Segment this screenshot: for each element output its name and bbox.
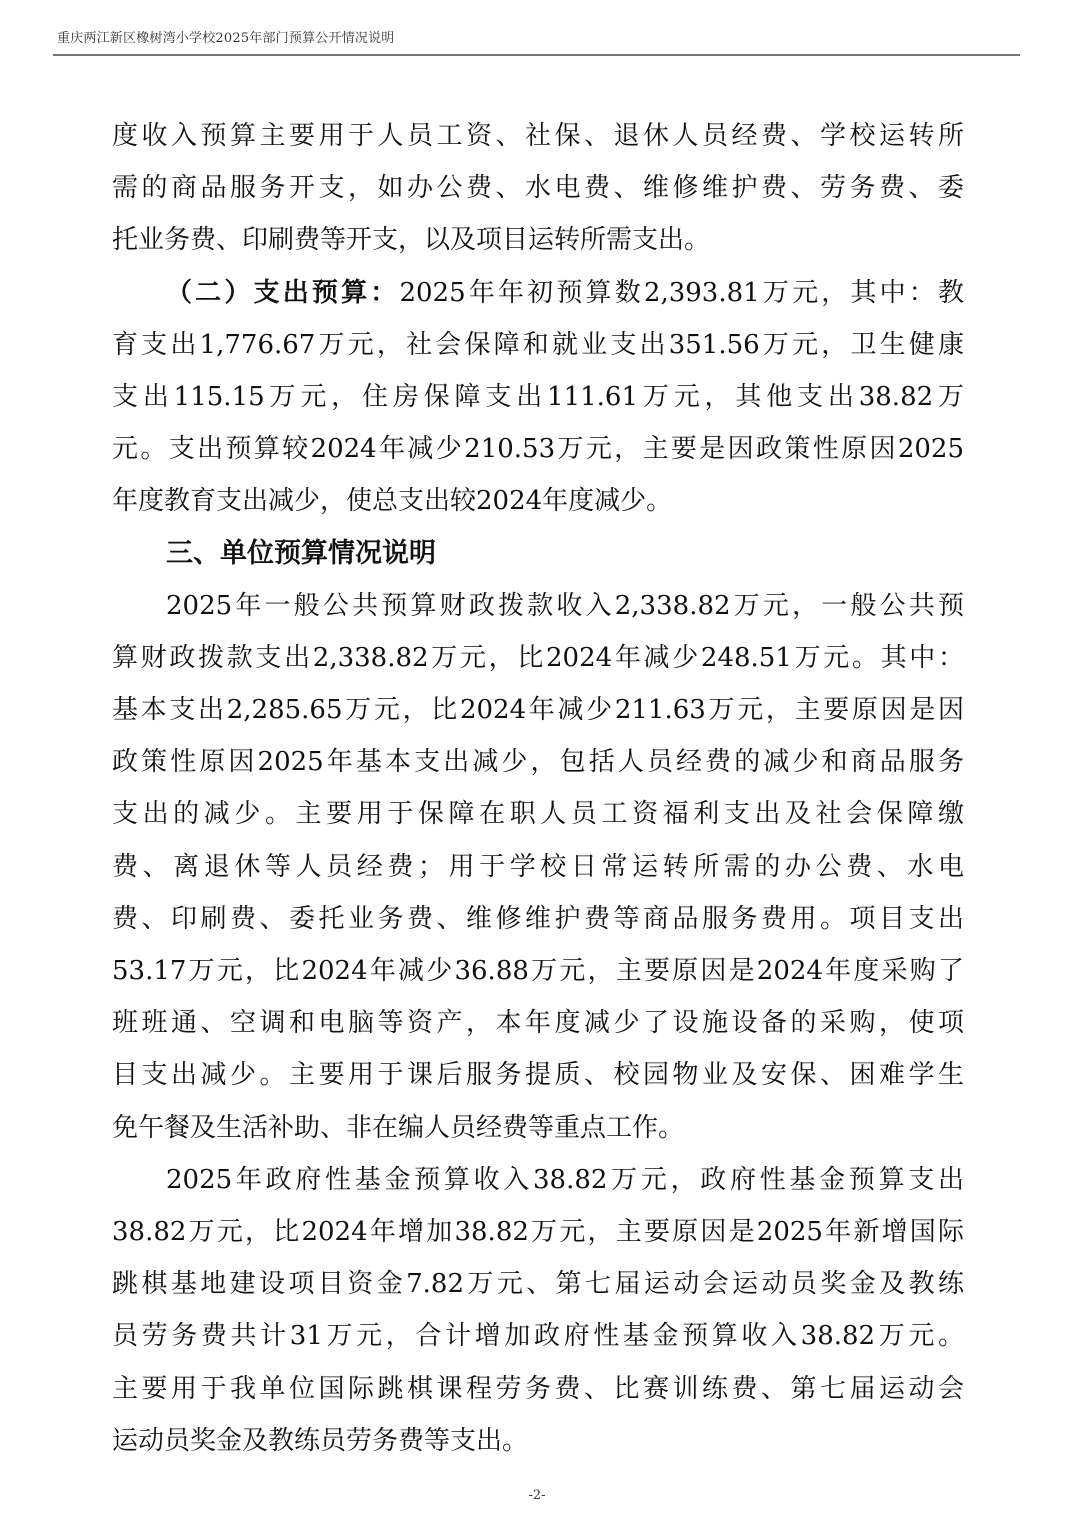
text-span: 2025年年初预算数2,393.81万元，其中：教 bbox=[399, 278, 964, 308]
text-line: 度收入预算主要用于人员工资、社保、退休人员经费、学校运转所 bbox=[112, 110, 964, 162]
text-line: 38.82万元，比2024年增加38.82万元，主要原因是2025年新增国际 bbox=[112, 1206, 964, 1258]
text-line: 年度教育支出减少，使总支出较2024年度减少。 bbox=[112, 475, 964, 527]
text-line: 员劳务费共计31万元，合计增加政府性基金预算收入38.82万元。 bbox=[112, 1310, 964, 1362]
text-line: 免午餐及生活补助、非在编人员经费等重点工作。 bbox=[112, 1102, 964, 1154]
text-line: 目支出减少。主要用于课后服务提质、校园物业及安保、困难学生 bbox=[112, 1049, 964, 1101]
text-line: 费、离退休等人员经费；用于学校日常运转所需的办公费、水电 bbox=[112, 841, 964, 893]
text-line: 2025年一般公共预算财政拨款收入2,338.82万元，一般公共预 bbox=[112, 580, 964, 632]
text-line: 育支出1,776.67万元，社会保障和就业支出351.56万元，卫生健康 bbox=[112, 319, 964, 371]
paragraph-general-public-budget: 2025年一般公共预算财政拨款收入2,338.82万元，一般公共预 算财政拨款支… bbox=[112, 580, 964, 1154]
page-number: -2- bbox=[0, 1488, 1074, 1503]
text-line: 算财政拨款支出2,338.82万元，比2024年减少248.51万元。其中： bbox=[112, 632, 964, 684]
text-line: 支出的减少。主要用于保障在职人员工资福利支出及社会保障缴 bbox=[112, 788, 964, 840]
text-line: 托业务费、印刷费等开支，以及项目运转所需支出。 bbox=[112, 214, 964, 266]
text-line: 2025年政府性基金预算收入38.82万元，政府性基金预算支出 bbox=[112, 1154, 964, 1206]
section-heading: 三、单位预算情况说明 bbox=[112, 528, 964, 580]
text-line: （二）支出预算：2025年年初预算数2,393.81万元，其中：教 bbox=[112, 267, 964, 319]
document-body: 度收入预算主要用于人员工资、社保、退休人员经费、学校运转所 需的商品服务开支，如… bbox=[112, 110, 964, 1467]
text-line: 跳棋基地建设项目资金7.82万元、第七届运动会运动员奖金及教练 bbox=[112, 1258, 964, 1310]
text-line: 政策性原因2025年基本支出减少，包括人员经费的减少和商品服务 bbox=[112, 736, 964, 788]
text-line: 费、印刷费、委托业务费、维修维护费等商品服务费用。项目支出 bbox=[112, 893, 964, 945]
text-line: 班班通、空调和电脑等资产，本年度减少了设施设备的采购，使项 bbox=[112, 997, 964, 1049]
document-title: 重庆两江新区橡树湾小学校2025年部门预算公开情况说明 bbox=[57, 31, 394, 47]
text-line: 运动员奖金及教练员劳务费等支出。 bbox=[112, 1415, 964, 1467]
text-line: 主要用于我单位国际跳棋课程劳务费、比赛训练费、第七届运动会 bbox=[112, 1363, 964, 1415]
text-line: 需的商品服务开支，如办公费、水电费、维修维护费、劳务费、委 bbox=[112, 162, 964, 214]
text-line: 53.17万元，比2024年减少36.88万元，主要原因是2024年度采购了 bbox=[112, 945, 964, 997]
text-line: 基本支出2,285.65万元，比2024年减少211.63万元，主要原因是因 bbox=[112, 684, 964, 736]
text-line: 元。支出预算较2024年减少210.53万元，主要是因政策性原因2025 bbox=[112, 423, 964, 475]
paragraph-income-usage: 度收入预算主要用于人员工资、社保、退休人员经费、学校运转所 需的商品服务开支，如… bbox=[112, 110, 964, 267]
text-line: 支出115.15万元，住房保障支出111.61万元，其他支出38.82万 bbox=[112, 371, 964, 423]
paragraph-government-fund-budget: 2025年政府性基金预算收入38.82万元，政府性基金预算支出 38.82万元，… bbox=[112, 1154, 964, 1467]
page-header: 重庆两江新区橡树湾小学校2025年部门预算公开情况说明 bbox=[53, 28, 1020, 56]
paragraph-expenditure-budget: （二）支出预算：2025年年初预算数2,393.81万元，其中：教 育支出1,7… bbox=[112, 267, 964, 528]
subsection-label: （二）支出预算： bbox=[166, 278, 399, 308]
